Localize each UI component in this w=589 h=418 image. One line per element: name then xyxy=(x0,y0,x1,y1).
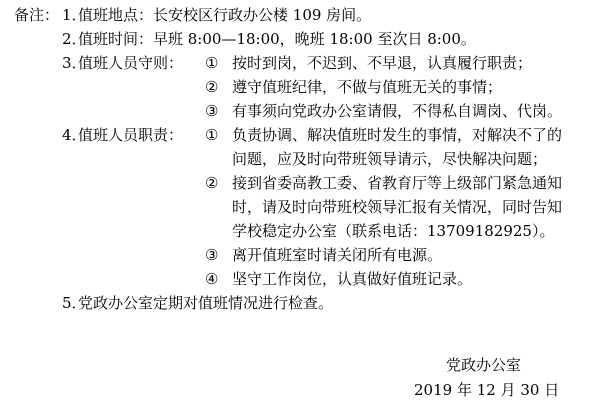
note-label: 备注： xyxy=(14,5,59,25)
circled-number: ② xyxy=(205,173,218,193)
signature-date: 2019 年 12 月 30 日 xyxy=(414,380,559,400)
duty-text: 离开值班室时请关闭所有电源。 xyxy=(232,245,442,265)
duty-text: 接到省委高教工委、省教育厅等上级部门紧急通知 xyxy=(232,173,562,193)
circled-number: ① xyxy=(205,53,218,73)
duty-text: 时，请及时向带班校领导汇报有关情况，同时告知 xyxy=(232,197,562,217)
item-duty-location: 值班地点：长安校区行政办公楼 109 房间。 xyxy=(78,5,371,25)
circled-number: ① xyxy=(205,125,218,145)
item-rules-heading: 值班人员守则： xyxy=(78,53,183,73)
item-duty-time: 值班时间：早班 8:00—18:00，晚班 18:00 至次日 8:00。 xyxy=(78,29,476,49)
signature-office: 党政办公室 xyxy=(446,355,521,375)
circled-number: ③ xyxy=(205,101,218,121)
duty-text: 坚守工作岗位，认真做好值班记录。 xyxy=(232,269,472,289)
circled-number: ③ xyxy=(205,245,218,265)
rule-text: 有事须向党政办公室请假，不得私自调岗、代岗。 xyxy=(232,101,562,121)
circled-number: ② xyxy=(205,77,218,97)
duty-text: 负责协调、解决值班时发生的事情，对解决不了的 xyxy=(232,125,562,145)
circled-number: ④ xyxy=(205,269,218,289)
duty-text: 问题，应及时向带班领导请示，尽快解决问题； xyxy=(232,149,547,169)
item-inspection: 党政办公室定期对值班情况进行检查。 xyxy=(78,293,333,313)
item-duties-heading: 值班人员职责： xyxy=(78,125,183,145)
rule-text: 按时到岗，不迟到、不早退，认真履行职责； xyxy=(232,53,532,73)
rule-text: 遵守值班纪律，不做与值班无关的事情； xyxy=(232,77,502,97)
duty-text: 学校稳定办公室（联系电话：13709182925）。 xyxy=(232,221,554,241)
